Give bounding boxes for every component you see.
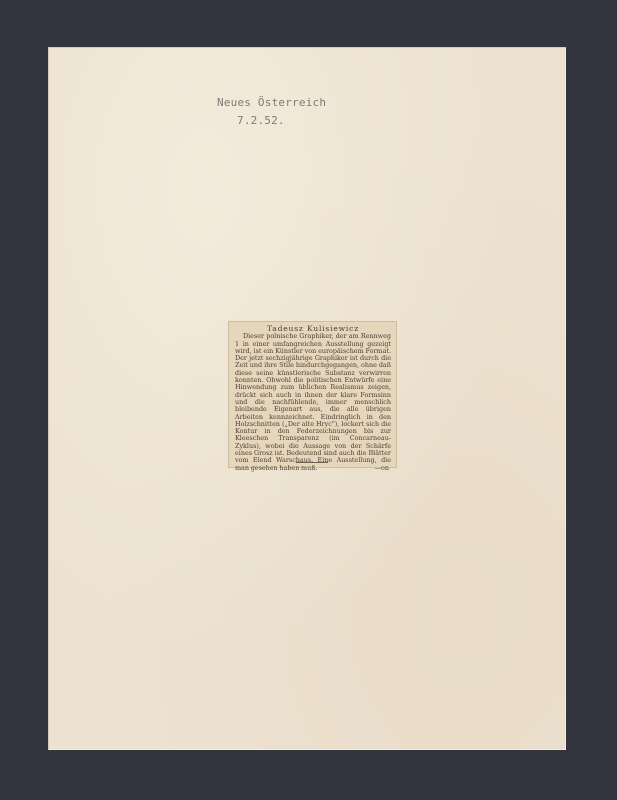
typed-header: Neues Österreich 7.2.52. (217, 94, 326, 130)
clipping-body: Dieser polnische Graphiker, der am Rennw… (235, 333, 391, 472)
clipping-divider (296, 462, 328, 463)
publication-name: Neues Österreich (217, 94, 326, 112)
newspaper-clipping: Tadeusz Kulisiewicz Dieser polnische Gra… (228, 321, 397, 468)
clipping-title: Tadeusz Kulisiewicz (235, 325, 391, 332)
publication-date: 7.2.52. (217, 112, 326, 130)
paper-sheet: Neues Österreich 7.2.52. Tadeusz Kulisie… (48, 47, 566, 750)
